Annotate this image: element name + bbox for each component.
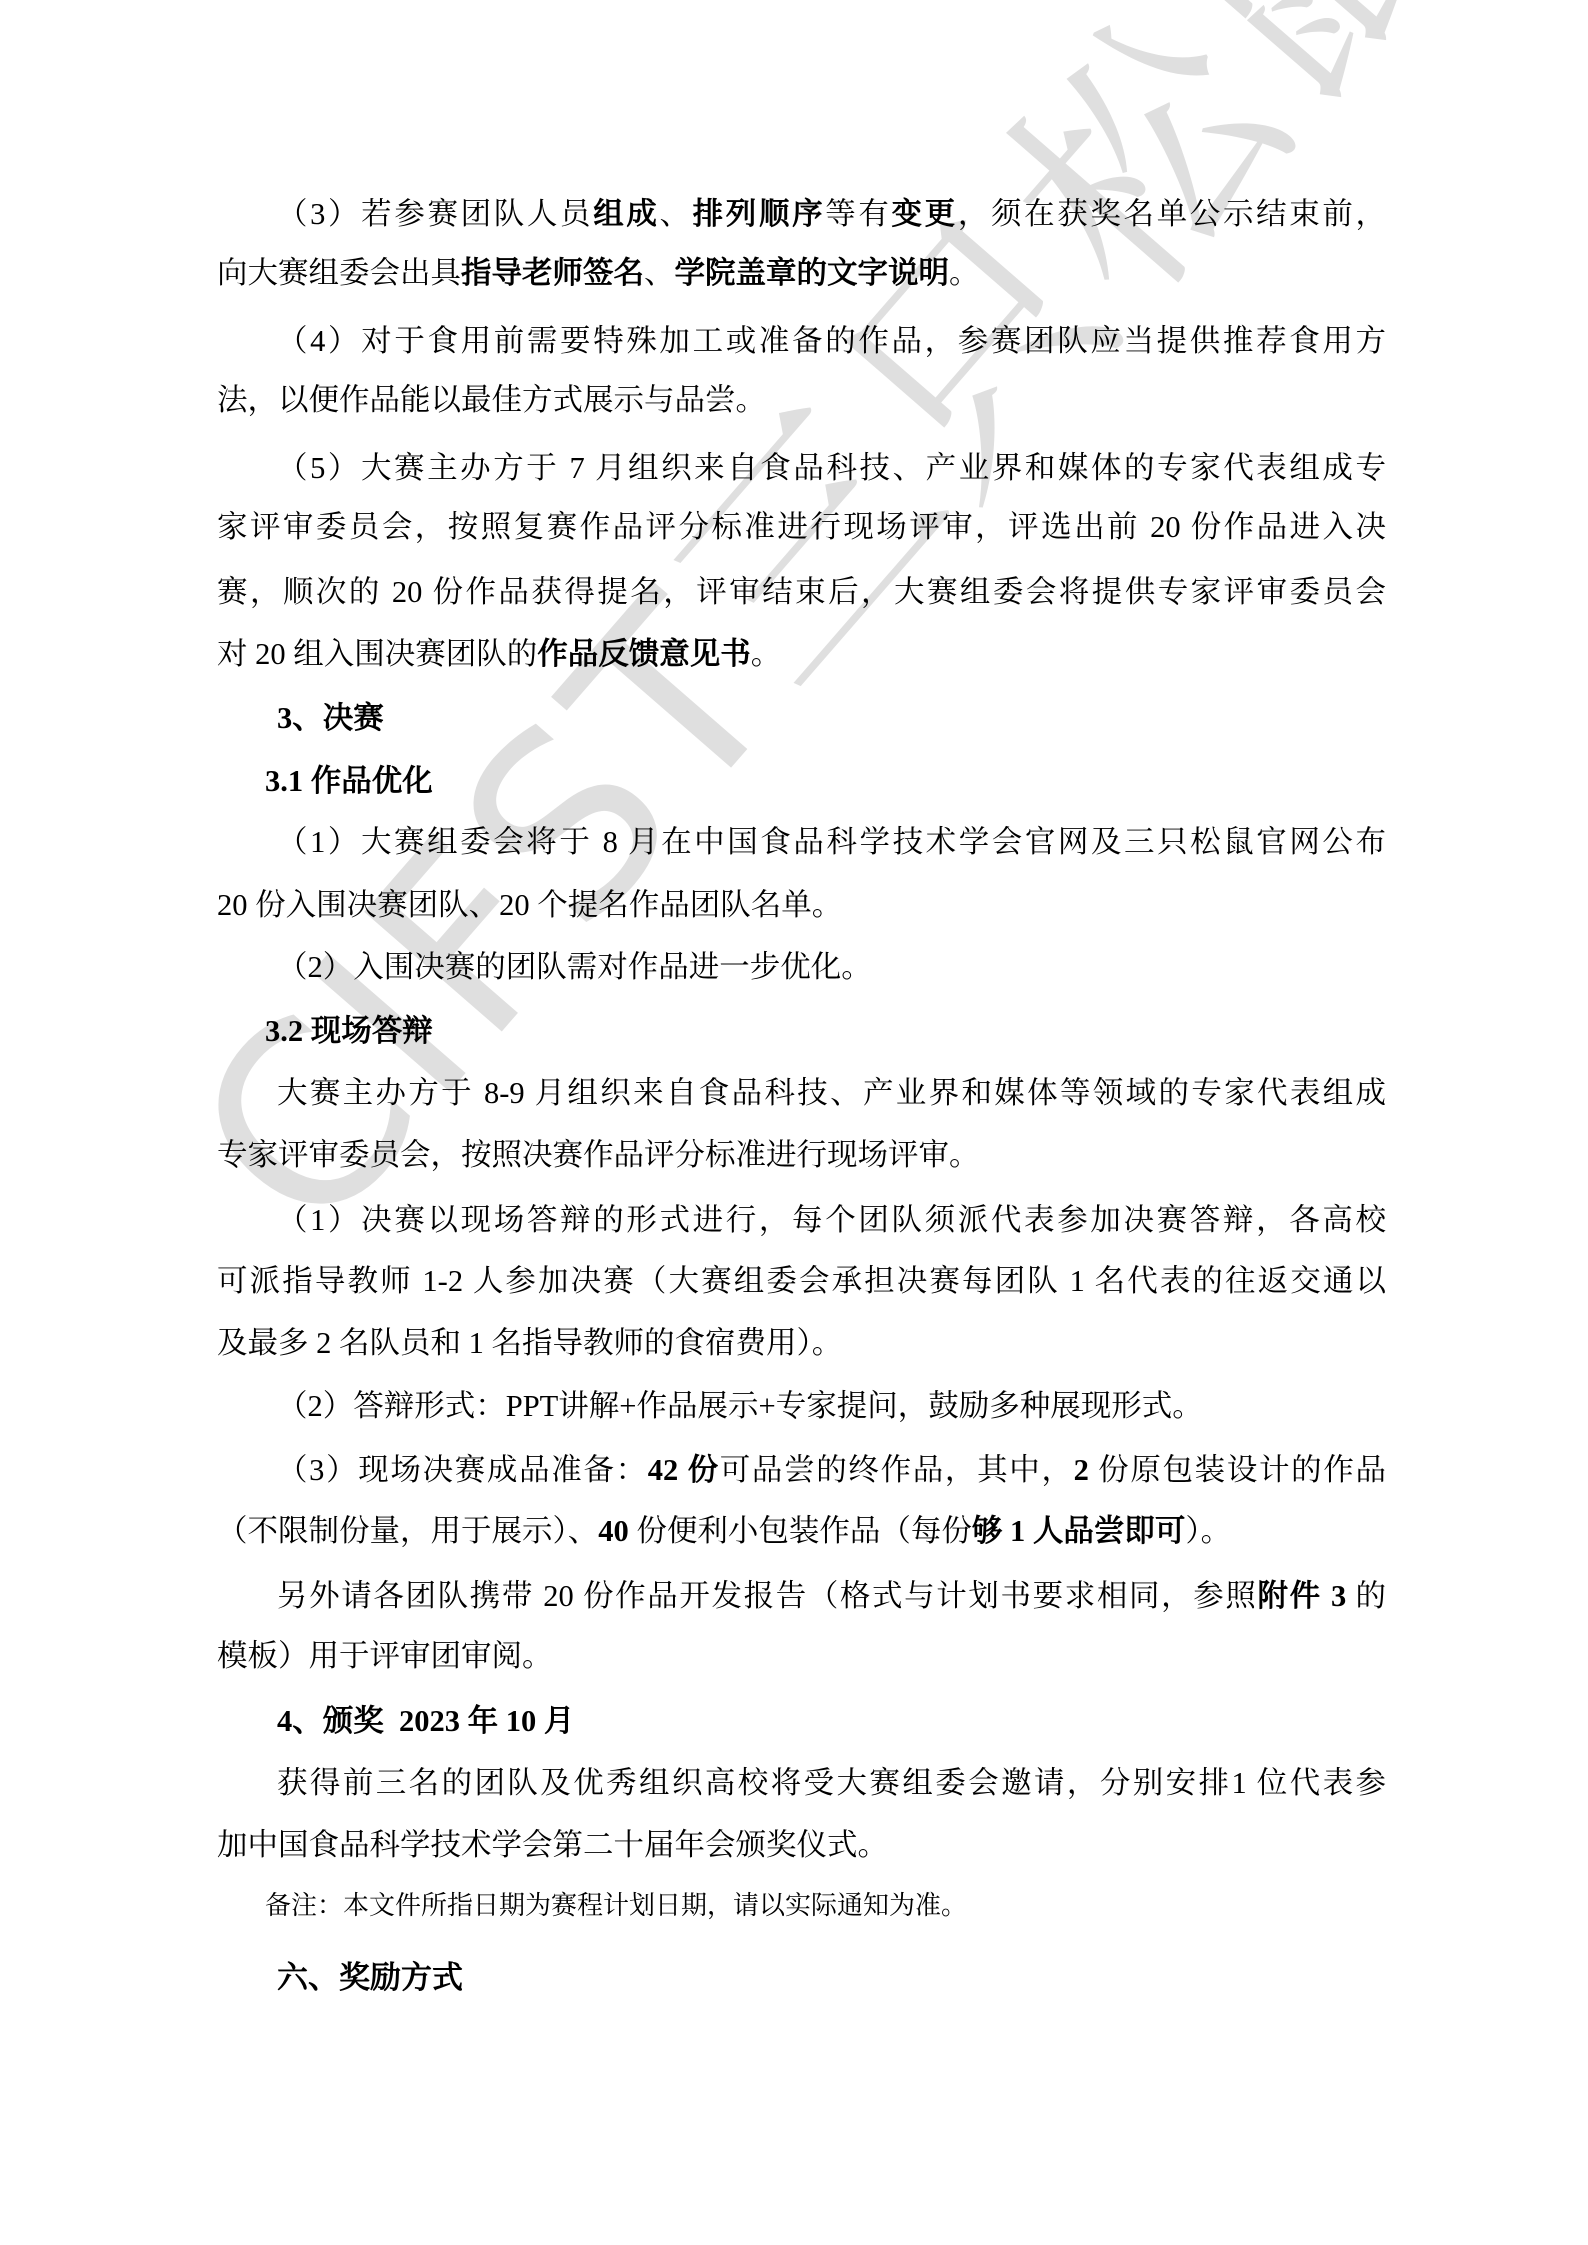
paragraph-line: 另外请各团队携带 20 份作品开发报告（格式与计划书要求相同，参照附件 3 的 <box>277 1576 1386 1616</box>
bold-run: 2 <box>1074 1453 1089 1487</box>
paragraph-line: 及最多 2 名队员和 1 名指导教师的食宿费用）。 <box>217 1323 1386 1363</box>
paragraph-line: 专家评审委员会，按照决赛作品评分标准进行现场评审。 <box>217 1135 1386 1175</box>
bold-run: 学院盖章的文字说明 <box>675 256 950 290</box>
text-run: 。 <box>949 256 980 290</box>
paragraph-line: 家评审委员会，按照复赛作品评分标准进行现场评审，评选出前 20 份作品进入决 <box>217 507 1386 547</box>
bold-run: 够 1 人品尝即可 <box>972 1514 1186 1548</box>
bold-run: 40 <box>598 1514 629 1548</box>
text-run: 。 <box>751 637 782 671</box>
subsection-heading-defense: 3.2 现场答辩 <box>265 1011 1434 1051</box>
text-run: 向大赛组委会出具 <box>217 256 461 290</box>
paragraph-line: 20 份入围决赛团队、20 个提名作品团队名单。 <box>217 885 1386 925</box>
paragraph-line: 加中国食品科学技术学会第二十届年会颁奖仪式。 <box>217 1825 1386 1865</box>
text-run: 等有 <box>825 197 891 231</box>
section-heading-final: 3、决赛 <box>277 698 1446 738</box>
paragraph-line: （4）对于食用前需要特殊加工或准备的作品，参赛团队应当提供推荐食用方 <box>277 321 1386 361</box>
paragraph-line: （不限制份量，用于展示）、40 份便利小包装作品（每份够 1 人品尝即可）。 <box>217 1511 1386 1551</box>
text-run: 的 <box>1346 1579 1386 1613</box>
paragraph-line: （1）大赛组委会将于 8 月在中国食品科学技术学会官网及三只松鼠官网公布 <box>277 822 1386 862</box>
paragraph-line: 获得前三名的团队及优秀组织高校将受大赛组委会邀请，分别安排1 位代表参 <box>277 1763 1386 1803</box>
paragraph-line: （5）大赛主办方于 7 月组织来自食品科技、产业界和媒体的专家代表组成专 <box>277 448 1386 488</box>
text-run: ，须在获奖名单公示结束前， <box>958 197 1386 231</box>
paragraph-line: 法，以便作品能以最佳方式展示与品尝。 <box>217 380 1386 420</box>
paragraph-line: 赛，顺次的 20 份作品获得提名，评审结束后，大赛组委会将提供专家评审委员会 <box>217 572 1386 612</box>
text-run: 另外请各团队携带 20 份作品开发报告（格式与计划书要求相同，参照 <box>277 1579 1258 1613</box>
text-run: 份便利小包装作品（每份 <box>629 1514 972 1548</box>
chapter-heading-rewards: 六、奖励方式 <box>277 1958 1446 1998</box>
text-run: （3）现场决赛成品准备： <box>277 1453 648 1487</box>
text-run: 对 20 组入围决赛团队的 <box>217 637 537 671</box>
text-run: 、 <box>660 197 693 231</box>
paragraph-line: （3）若参赛团队人员组成、排列顺序等有变更，须在获奖名单公示结束前， <box>277 194 1386 234</box>
paragraph-line: （3）现场决赛成品准备：42 份可品尝的终作品，其中，2 份原包装设计的作品 <box>277 1450 1386 1490</box>
paragraph-line: 向大赛组委会出具指导老师签名、学院盖章的文字说明。 <box>217 253 1386 293</box>
text-run: 份原包装设计的作品 <box>1089 1453 1386 1487</box>
paragraph-line: （2）答辩形式：PPT讲解+作品展示+专家提问，鼓励多种展现形式。 <box>277 1386 1386 1426</box>
paragraph-line: （1）决赛以现场答辩的形式进行，每个团队须派代表参加决赛答辩，各高校 <box>277 1200 1386 1240</box>
paragraph-line: 模板）用于评审团审阅。 <box>217 1636 1386 1676</box>
text-run: （不限制份量，用于展示）、 <box>217 1514 598 1548</box>
document-page: CIFST三只松鼠 （3）若参赛团队人员组成、排列顺序等有变更，须在获奖名单公示… <box>0 0 1588 2245</box>
bold-run: 指导老师签名 <box>461 256 644 290</box>
text-run: 可品尝的终作品，其中， <box>720 1453 1074 1487</box>
bold-run: 作品反馈意见书 <box>537 637 751 671</box>
bold-run: 附件 3 <box>1258 1579 1347 1613</box>
text-run: ）。 <box>1185 1514 1231 1548</box>
subsection-heading-optimization: 3.1 作品优化 <box>265 761 1434 801</box>
note-line: 备注：本文件所指日期为赛程计划日期，请以实际通知为准。 <box>265 1886 1434 1926</box>
paragraph-line: 可派指导教师 1-2 人参加决赛（大赛组委会承担决赛每团队 1 名代表的往返交通… <box>217 1261 1386 1301</box>
bold-run: 变更 <box>892 197 958 231</box>
bold-run: 42 份 <box>648 1453 720 1487</box>
section-heading-award: 4、颁奖 2023 年 10 月 <box>277 1701 1446 1741</box>
paragraph-line: （2）入围决赛的团队需对作品进一步优化。 <box>277 947 1386 987</box>
bold-run: 排列顺序 <box>693 197 826 231</box>
paragraph-line: 大赛主办方于 8-9 月组织来自食品科技、产业界和媒体等领域的专家代表组成 <box>277 1073 1386 1113</box>
paragraph-line: 对 20 组入围决赛团队的作品反馈意见书。 <box>217 634 1386 674</box>
text-run: 、 <box>644 256 675 290</box>
text-run: （3）若参赛团队人员 <box>277 197 593 231</box>
bold-run: 组成 <box>593 197 659 231</box>
